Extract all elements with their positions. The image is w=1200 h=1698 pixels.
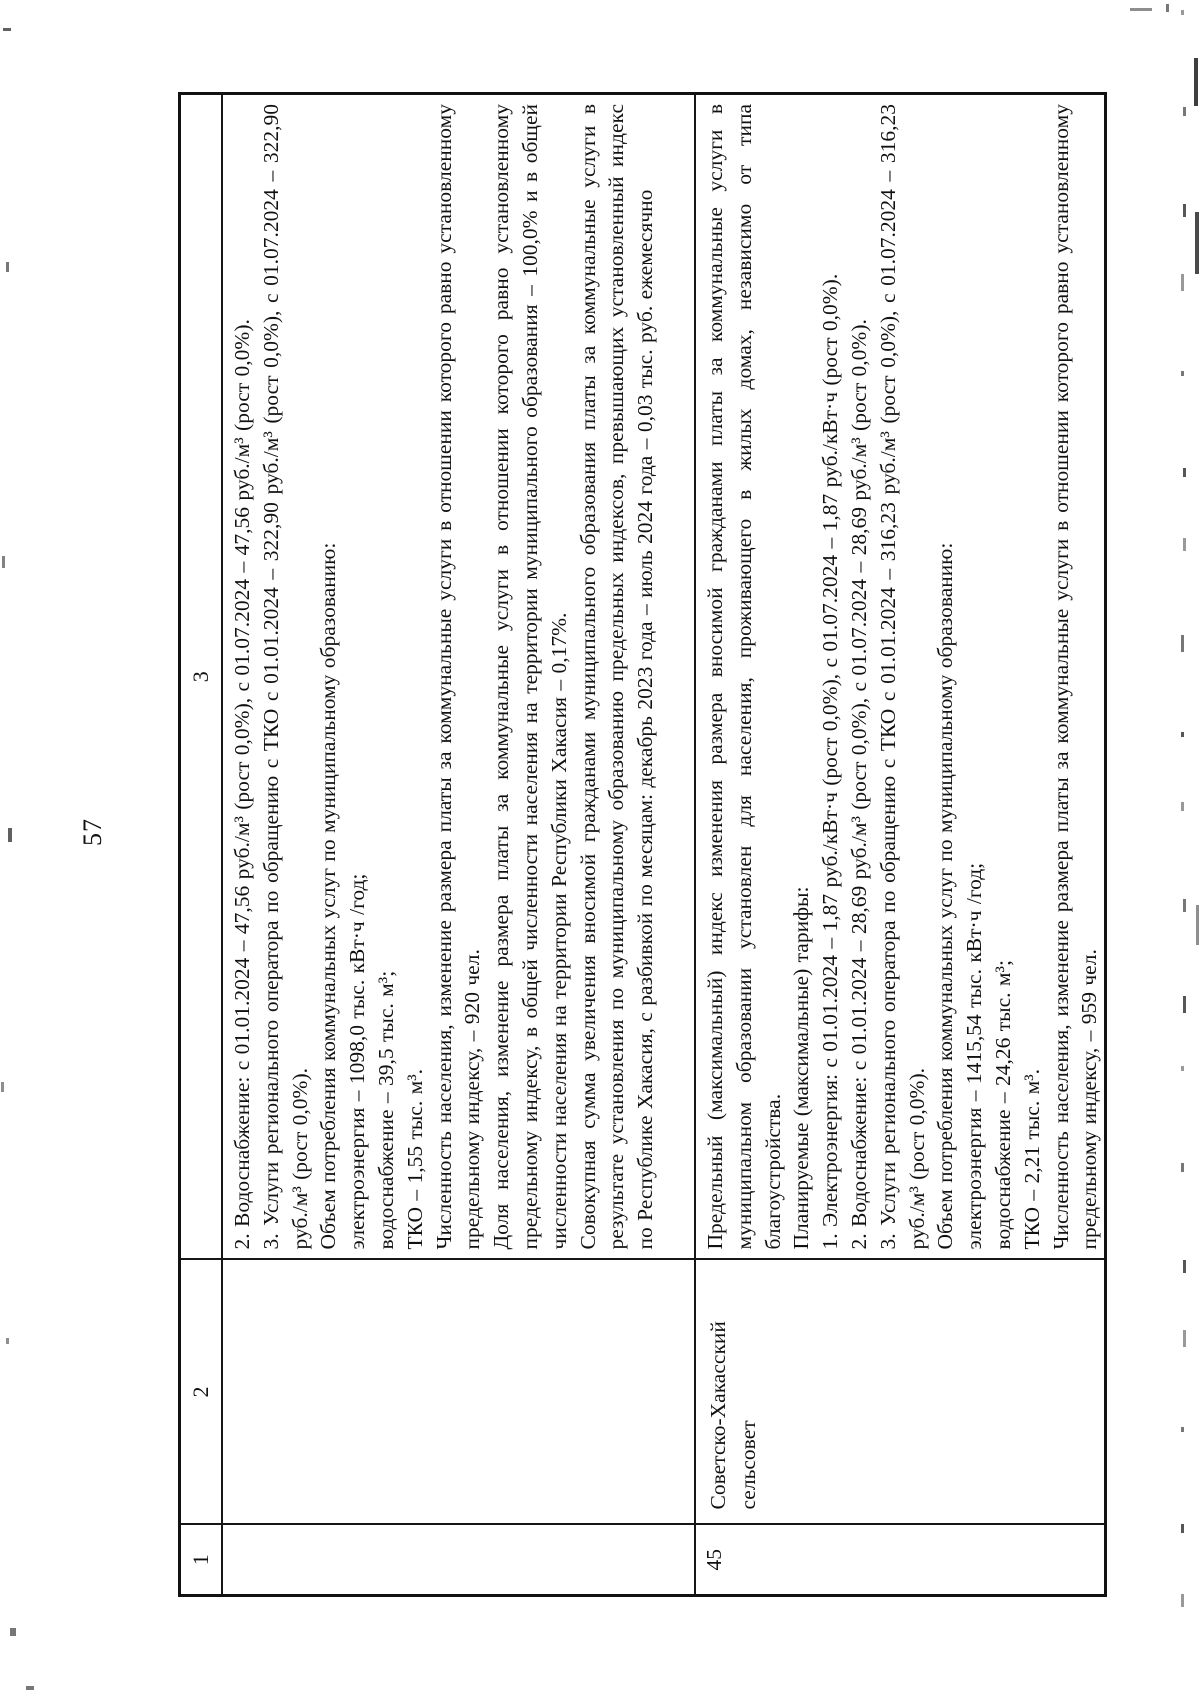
table-header-row: 1 2 3 bbox=[180, 94, 223, 1596]
scan-artifact bbox=[1183, 538, 1186, 551]
scan-artifact bbox=[1181, 1427, 1184, 1432]
scan-artifact bbox=[1181, 1524, 1184, 1533]
scan-artifact bbox=[1166, 4, 1169, 12]
table-row: 2. Водоснабжение: с 01.01.2024 – 47,56 р… bbox=[222, 94, 695, 1596]
detail-paragraph: ТКО – 1,55 тыс. м³. bbox=[401, 104, 430, 1250]
scan-artifact bbox=[1181, 1163, 1184, 1172]
scan-artifact bbox=[1183, 996, 1186, 1013]
detail-paragraph: Численность населения, изменение размера… bbox=[430, 104, 488, 1250]
scan-artifact bbox=[1183, 468, 1186, 477]
detail-paragraph: Численность населения, изменение размера… bbox=[1047, 104, 1105, 1250]
row-number-cell bbox=[222, 1525, 695, 1596]
scan-artifact bbox=[1181, 371, 1184, 376]
tariff-index-table: 1 2 3 2. Водоснабжение: с 01.01.2024 – 4… bbox=[178, 92, 1107, 1597]
scan-artifact bbox=[1195, 212, 1199, 274]
detail-paragraph: Предельный (максимальный) индекс изменен… bbox=[701, 104, 787, 1250]
detail-paragraph: Объем потребления коммунальных услуг по … bbox=[931, 104, 960, 1250]
detail-paragraph: 2. Водоснабжение: с 01.01.2024 – 28,69 р… bbox=[845, 104, 874, 1250]
scan-artifact bbox=[1183, 1330, 1186, 1347]
detail-paragraph: Объем потребления коммунальных услуг по … bbox=[314, 104, 343, 1250]
detail-paragraph: 1. Электроэнергия: с 01.01.2024 – 1,87 р… bbox=[816, 104, 845, 1250]
detail-paragraph: водоснабжение – 24,26 тыс. м³; bbox=[989, 104, 1018, 1250]
scanned-page: 57 1 2 3 2. Водоснабжение: с 01.01.2024 … bbox=[0, 0, 1200, 1698]
scan-artifact bbox=[1181, 10, 1184, 15]
scan-artifact bbox=[1183, 899, 1186, 912]
municipality-cell: Советско-Хакасский сельсовет bbox=[695, 1260, 1106, 1525]
detail-paragraph: электроэнергия – 1098,0 тыс. кВт·ч /год; bbox=[343, 104, 372, 1250]
detail-paragraph: ТКО – 2,21 тыс. м³. bbox=[1018, 104, 1047, 1250]
detail-paragraph: Доля населения, изменение размера платы … bbox=[487, 104, 573, 1250]
scan-artifact bbox=[1130, 8, 1152, 11]
scan-artifact bbox=[2, 556, 5, 568]
scan-artifact bbox=[10, 1628, 16, 1636]
scan-artifact bbox=[8, 828, 12, 842]
scan-artifact bbox=[1183, 204, 1186, 217]
table-body: 1 2 3 2. Водоснабжение: с 01.01.2024 – 4… bbox=[180, 94, 1106, 1596]
detail-paragraph: Совокупная сумма увеличения вносимой гра… bbox=[574, 104, 660, 1250]
scan-artifact bbox=[1181, 635, 1184, 652]
table-row: 45Советско-Хакасский сельсоветПредельный… bbox=[695, 94, 1106, 1596]
scan-artifact bbox=[1181, 1066, 1184, 1071]
header-col-municipality: 2 bbox=[180, 1260, 223, 1525]
scan-artifact bbox=[1194, 58, 1198, 106]
details-cell: 2. Водоснабжение: с 01.01.2024 – 47,56 р… bbox=[222, 94, 695, 1260]
detail-paragraph: электроэнергия – 1415,54 тыс. кВт·ч /год… bbox=[960, 104, 989, 1250]
scan-artifact bbox=[6, 262, 9, 272]
detail-paragraph: Планируемые (максимальные) тарифы: bbox=[787, 104, 816, 1250]
detail-paragraph: 3. Услуги регионального оператора по обр… bbox=[257, 104, 315, 1250]
row-number-cell: 45 bbox=[695, 1525, 1106, 1596]
scan-artifact bbox=[1196, 905, 1199, 945]
detail-paragraph: 3. Услуги регионального оператора по обр… bbox=[874, 104, 932, 1250]
detail-paragraph: водоснабжение – 39,5 тыс. м³; bbox=[372, 104, 401, 1250]
scan-artifact bbox=[1181, 732, 1184, 737]
scan-artifact bbox=[1183, 1260, 1186, 1273]
scan-artifact bbox=[1181, 802, 1184, 811]
scan-artifact bbox=[26, 1686, 34, 1690]
details-cell: Предельный (максимальный) индекс изменен… bbox=[695, 94, 1106, 1260]
header-col-number: 1 bbox=[180, 1525, 223, 1596]
municipality-cell bbox=[222, 1260, 695, 1525]
scan-artifact bbox=[1181, 1594, 1184, 1607]
scan-artifact bbox=[6, 1338, 9, 1344]
scan-artifact bbox=[1181, 274, 1184, 291]
detail-paragraph: 2. Водоснабжение: с 01.01.2024 – 47,56 р… bbox=[228, 104, 257, 1250]
scan-artifact bbox=[3, 28, 11, 31]
header-col-details: 3 bbox=[180, 94, 223, 1260]
scan-artifact bbox=[1183, 107, 1186, 116]
page-number: 57 bbox=[78, 802, 108, 862]
scan-artifact bbox=[1, 1082, 4, 1092]
